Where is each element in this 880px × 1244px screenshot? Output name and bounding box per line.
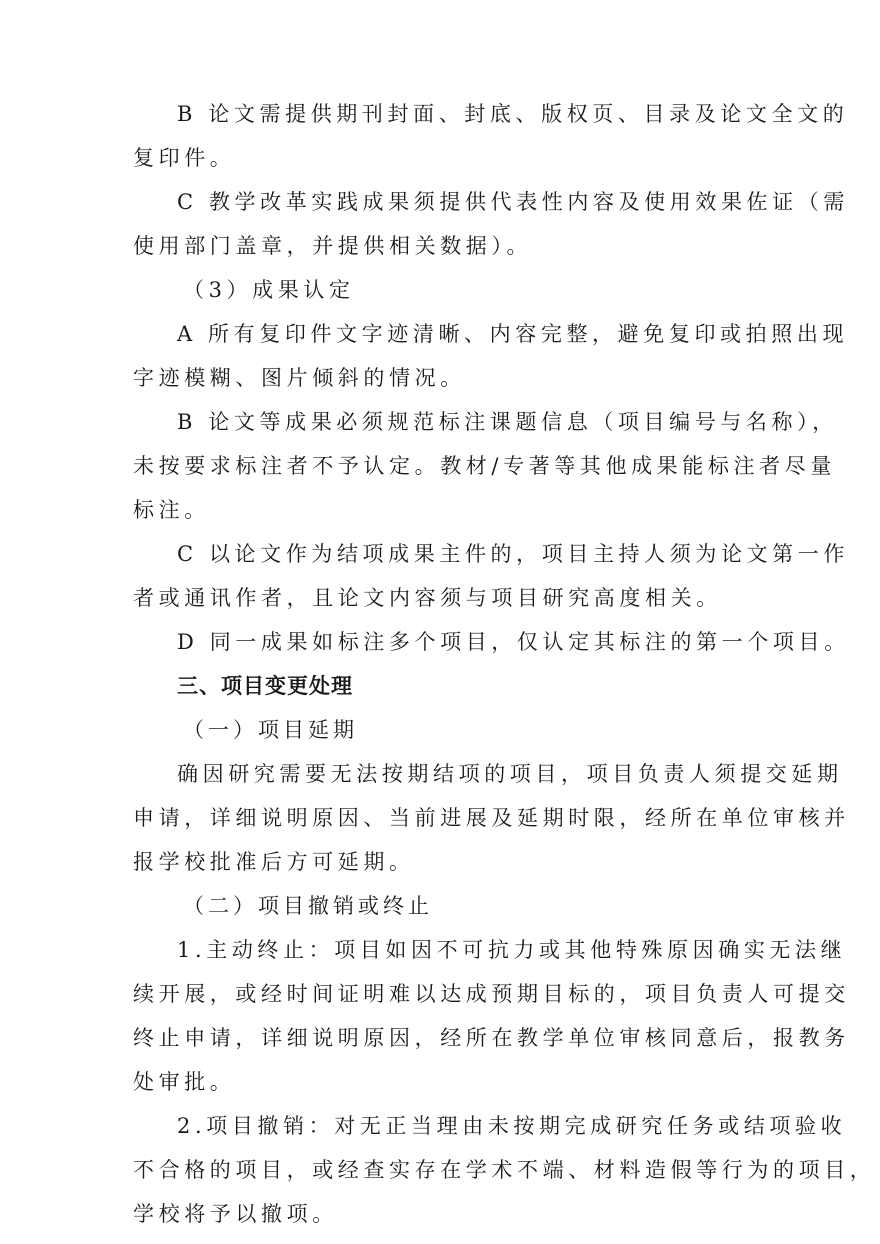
paragraph-c-first-author-cont: 者或通讯作者，且论文内容须与项目研究高度相关。 [133,576,722,620]
section-heading-project-changes: 三、项目变更处理 [177,664,353,708]
paragraph-b-journal-copies-cont: 复印件。 [133,136,235,180]
paragraph-b-annotation: B 论文等成果必须规范标注课题信息（项目编号与名称）， [177,400,838,444]
paragraph-extension: 确因研究需要无法按期结项的项目，项目负责人须提交延期 [177,752,843,796]
paragraph-voluntary-termination-end: 处审批。 [133,1060,235,1104]
subheading-revocation-termination: （二）项目撤销或终止 [183,884,433,928]
paragraph-project-revocation: 2.项目撤销：对无正当理由未按期完成研究任务或结项验收 [177,1104,846,1148]
paragraph-d-multiple-projects: D 同一成果如标注多个项目，仅认定其标注的第一个项目。 [177,620,850,664]
paragraph-b-annotation-cont: 未按要求标注者不予认定。教材/专著等其他成果能标注者尽量 [133,444,836,488]
paragraph-a-copies-clear: A 所有复印件文字迹清晰、内容完整，避免复印或拍照出现 [177,312,848,356]
subheading-project-extension: （一）项目延期 [183,708,358,752]
paragraph-c-first-author: C 以论文作为结项成果主件的，项目主持人须为论文第一作 [177,532,849,576]
paragraph-b-journal-copies: B 论文需提供期刊封面、封底、版权页、目录及论文全文的 [177,92,848,136]
paragraph-extension-end: 报学校批准后方可延期。 [133,840,415,884]
paragraph-c-teaching-reform: C 教学改革实践成果须提供代表性内容及使用效果佐证（需 [177,180,849,224]
paragraph-b-annotation-end: 标注。 [133,488,210,532]
paragraph-extension-cont: 申请，详细说明原因、当前进展及延期时限，经所在单位审核并 [133,796,850,840]
paragraph-voluntary-termination: 1.主动终止：项目如因不可抗力或其他特殊原因确实无法继 [177,928,846,972]
paragraph-voluntary-termination-cont: 续开展，或经时间证明难以达成预期目标的，项目负责人可提交 [133,972,850,1016]
paragraph-c-teaching-reform-cont: 使用部门盖章，并提供相关数据）。 [133,224,532,268]
paragraph-voluntary-termination-cont2: 终止申请，详细说明原因，经所在教学单位审核同意后，报教务 [133,1016,850,1060]
paragraph-a-copies-clear-cont: 字迹模糊、图片倾斜的情况。 [133,356,466,400]
paragraph-project-revocation-end: 学校将予以撤项。 [133,1192,338,1236]
paragraph-project-revocation-cont: 不合格的项目，或经查实存在学术不端、材料造假等行为的项目， [133,1148,875,1192]
subheading-achievement-recognition: （3）成果认定 [183,268,355,312]
